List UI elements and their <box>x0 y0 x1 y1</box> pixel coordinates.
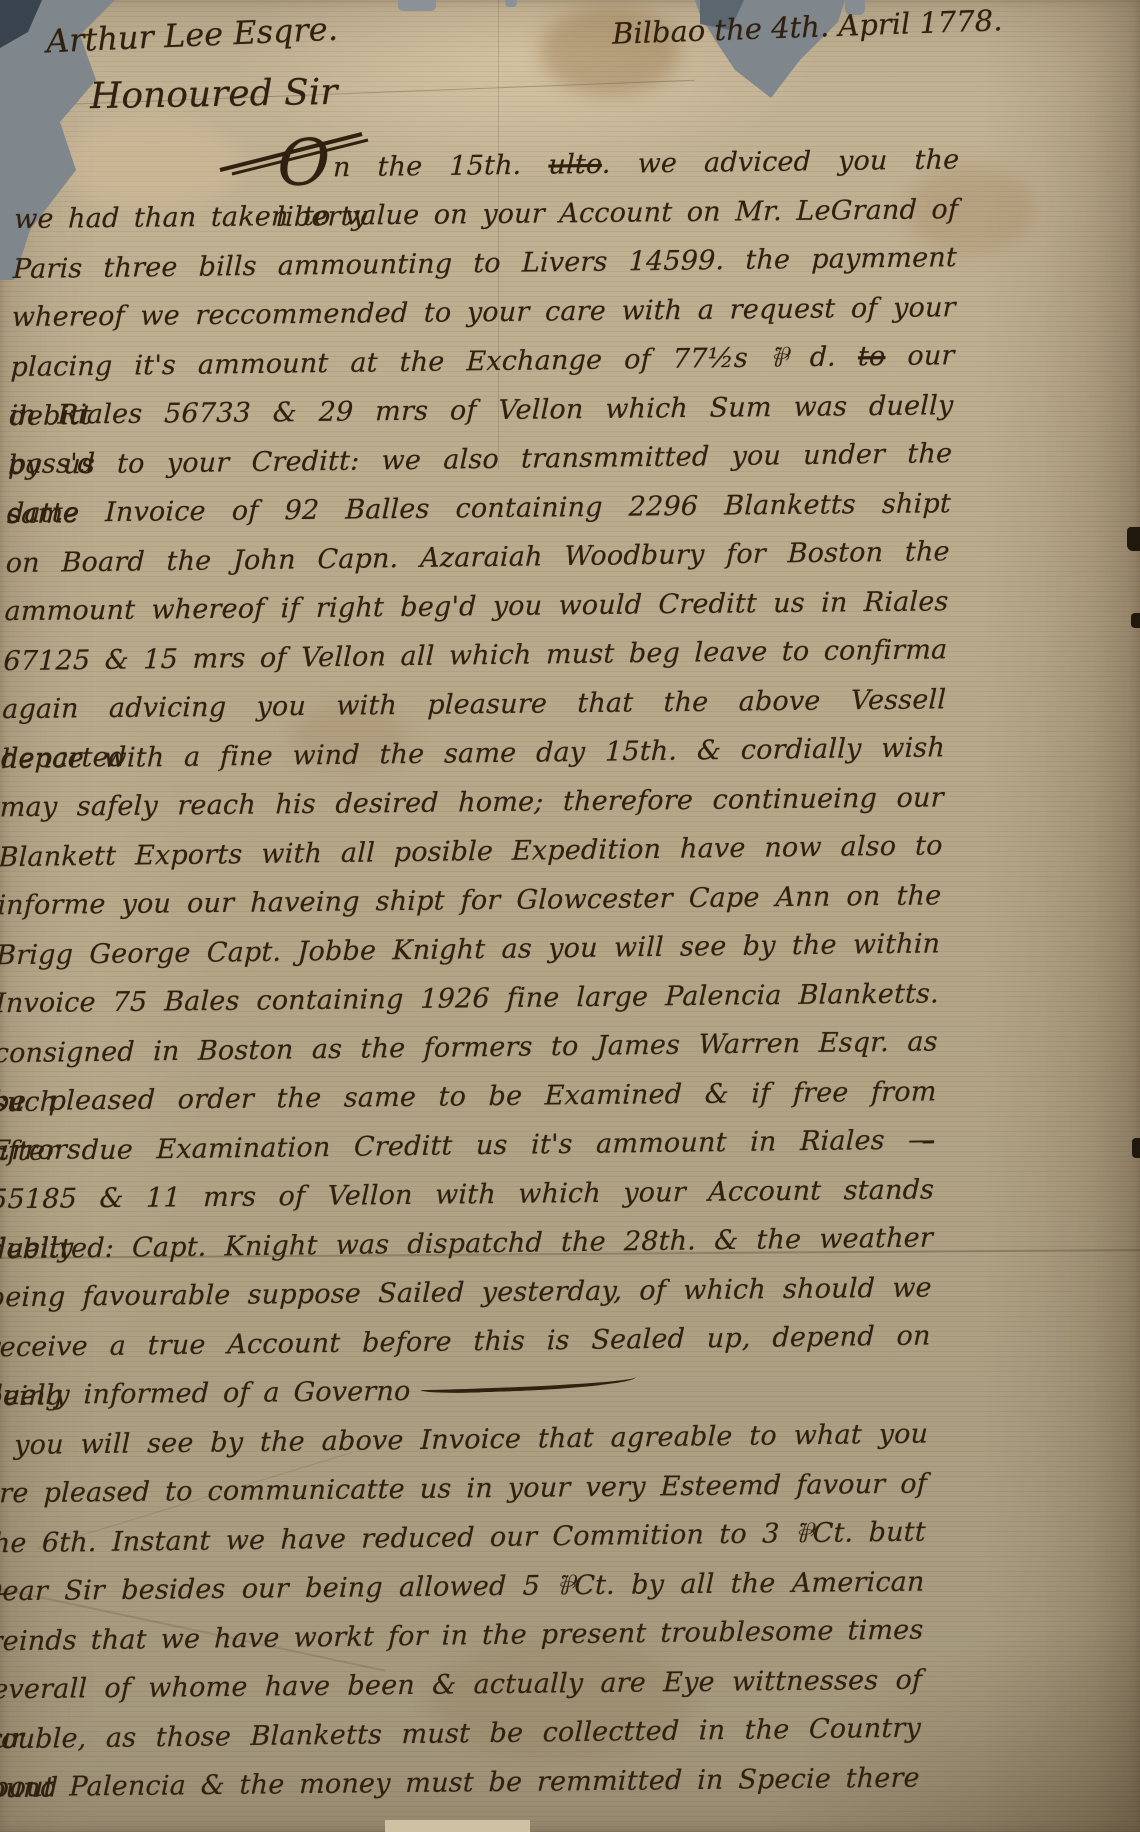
torn-edge-backing <box>398 0 436 11</box>
dateline: Bilbao the 4th. April 1778. <box>612 3 1003 51</box>
opening-text: n the 15th. <box>333 150 549 184</box>
ink-blot <box>1132 1138 1140 1158</box>
bottom-edge-patch <box>385 1820 530 1832</box>
ink-blot <box>1131 613 1140 628</box>
ornamental-initial: O <box>277 126 331 201</box>
letter-opening-line: On the 15th. ulto. we adviced you the li… <box>277 135 960 193</box>
struck-word: to <box>858 341 886 372</box>
letter-body: On the 15th. ulto. we adviced you the li… <box>0 136 960 1812</box>
line-text: placing it's ammount at the Exchange of … <box>10 341 858 383</box>
ink-blot <box>1127 527 1140 551</box>
letter-page: Arthur Lee Esqre. Bilbao the 4th. April … <box>0 0 1140 1832</box>
struck-word: ulto <box>548 149 602 181</box>
salutation: Honoured Sir <box>90 72 338 117</box>
torn-corner-backing-dark <box>0 0 46 52</box>
torn-edge-backing <box>505 0 517 7</box>
addressee: Arthur Lee Esqre. <box>45 10 338 61</box>
